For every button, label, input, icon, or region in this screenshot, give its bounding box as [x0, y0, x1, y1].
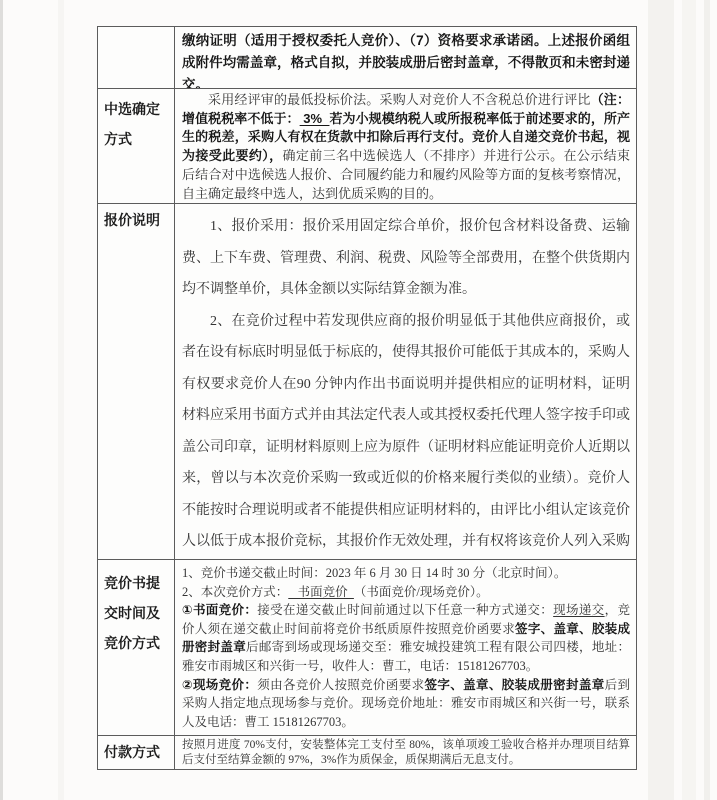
- submission-content: 1、竞价书递交截止时间：2023 年 6 月 30 日 14 时 30 分（北京…: [175, 560, 636, 735]
- attachment-note-content: 缴纳证明（适用于授权委托人竞价）、（7）资格要求承诺函。上述报价函组成附件均需盖…: [175, 27, 636, 88]
- payment-content: 按照月进度 70%支付，安装整体完工支付至 80%，该单项竣工验收合格并办理项目…: [175, 736, 636, 769]
- submission-label: 竞价书提交时间及竞价方式: [98, 560, 175, 735]
- scan-band-artifact: [58, 0, 64, 800]
- onsite-bid-text-1: 须由各竞价人按照竞价函要求: [257, 678, 424, 692]
- table-row-selection-method: 中选确定方式 采用经评审的最低投标价法。采购人对竞价人不含税总价进行评比（注：增…: [98, 89, 636, 204]
- label-cell-empty: [98, 27, 175, 88]
- payment-text: 按照月进度 70%支付，安装整体完工支付至 80%，该单项竣工验收合格并办理项目…: [182, 738, 630, 768]
- onsite-bid-seal-bold: 签字、盖章、胶装成册密封盖章: [425, 678, 605, 692]
- scan-band-artifact: [682, 0, 696, 800]
- submission-method-value: 书面竞价: [288, 585, 354, 599]
- table-row-payment: 付款方式 按照月进度 70%支付，安装整体完工支付至 80%，该单项竣工验收合格…: [98, 736, 636, 769]
- attachment-note-text: 缴纳证明（适用于授权委托人竞价）、（7）资格要求承诺函。上述报价函组成附件均需盖…: [182, 33, 630, 88]
- written-bid-head: ①书面竞价：: [182, 603, 257, 617]
- selection-method-label: 中选确定方式: [98, 89, 175, 203]
- selection-method-content: 采用经评审的最低投标价法。采购人对竞价人不含税总价进行评比（注：增值税税率不低于…: [175, 89, 636, 203]
- quotation-notes-label: 报价说明: [98, 204, 175, 559]
- quotation-notes-content: 1、报价采用：报价采用固定综合单价，报价包含材料设备费、运输费、上下车费、管理费…: [175, 204, 636, 559]
- submission-method-line: 2、本次竞价方式： 书面竞价 （书面竞价/现场竞价）。: [182, 583, 630, 602]
- tax-rate-value: 3%: [300, 111, 330, 126]
- scan-band-artifact: [704, 0, 710, 800]
- written-bid-text-1: 接受在递交截止时间前通过以下任意一种方式递交：: [257, 603, 553, 617]
- written-bid-text-3: 后邮寄到场或现场递交至：雅安城投建筑工程有限公司四楼，地址：雅安市雨城区和兴街一…: [182, 640, 630, 673]
- scan-edge-artifact: [0, 0, 3, 800]
- quotation-notes-paragraph-1: 1、报价采用：报价采用固定综合单价，报价包含材料设备费、运输费、上下车费、管理费…: [182, 211, 630, 306]
- written-bid-paragraph: ①书面竞价：接受在递交截止时间前通过以下任意一种方式递交：现场递交，竞价人须在递…: [182, 601, 630, 675]
- submission-deadline-line: 1、竞价书递交截止时间：2023 年 6 月 30 日 14 时 30 分（北京…: [182, 564, 630, 583]
- onsite-delivery-underlined: 现场递交: [553, 603, 604, 617]
- procurement-terms-table: 缴纳证明（适用于授权委托人竞价）、（7）资格要求承诺函。上述报价函组成附件均需盖…: [97, 26, 637, 770]
- scan-band-artifact: [648, 0, 674, 800]
- onsite-bid-paragraph: ②现场竞价：须由各竞价人按照竞价函要求签字、盖章、胶装成册密封盖章后到采购人指定…: [182, 676, 630, 732]
- quotation-notes-paragraph-2: 2、在竞价过程中若发现供应商的报价明显低于其他供应商报价，或者在设有标底时明显低…: [182, 306, 630, 560]
- submission-method-prefix: 2、本次竞价方式：: [182, 585, 288, 599]
- payment-label: 付款方式: [98, 736, 175, 769]
- selection-method-regular-1: 采用经评审的最低投标价法。采购人对竞价人不含税总价进行评比: [208, 92, 591, 107]
- submission-method-suffix: （书面竞价/现场竞价）。: [354, 585, 489, 599]
- table-row-submission: 竞价书提交时间及竞价方式 1、竞价书递交截止时间：2023 年 6 月 30 日…: [98, 560, 636, 736]
- table-row-attachment-note: 缴纳证明（适用于授权委托人竞价）、（7）资格要求承诺函。上述报价函组成附件均需盖…: [98, 27, 636, 89]
- onsite-bid-head: ②现场竞价：: [182, 678, 257, 692]
- scanned-document-page: 缴纳证明（适用于授权委托人竞价）、（7）资格要求承诺函。上述报价函组成附件均需盖…: [0, 0, 717, 800]
- table-row-quotation-notes: 报价说明 1、报价采用：报价采用固定综合单价，报价包含材料设备费、运输费、上下车…: [98, 204, 636, 560]
